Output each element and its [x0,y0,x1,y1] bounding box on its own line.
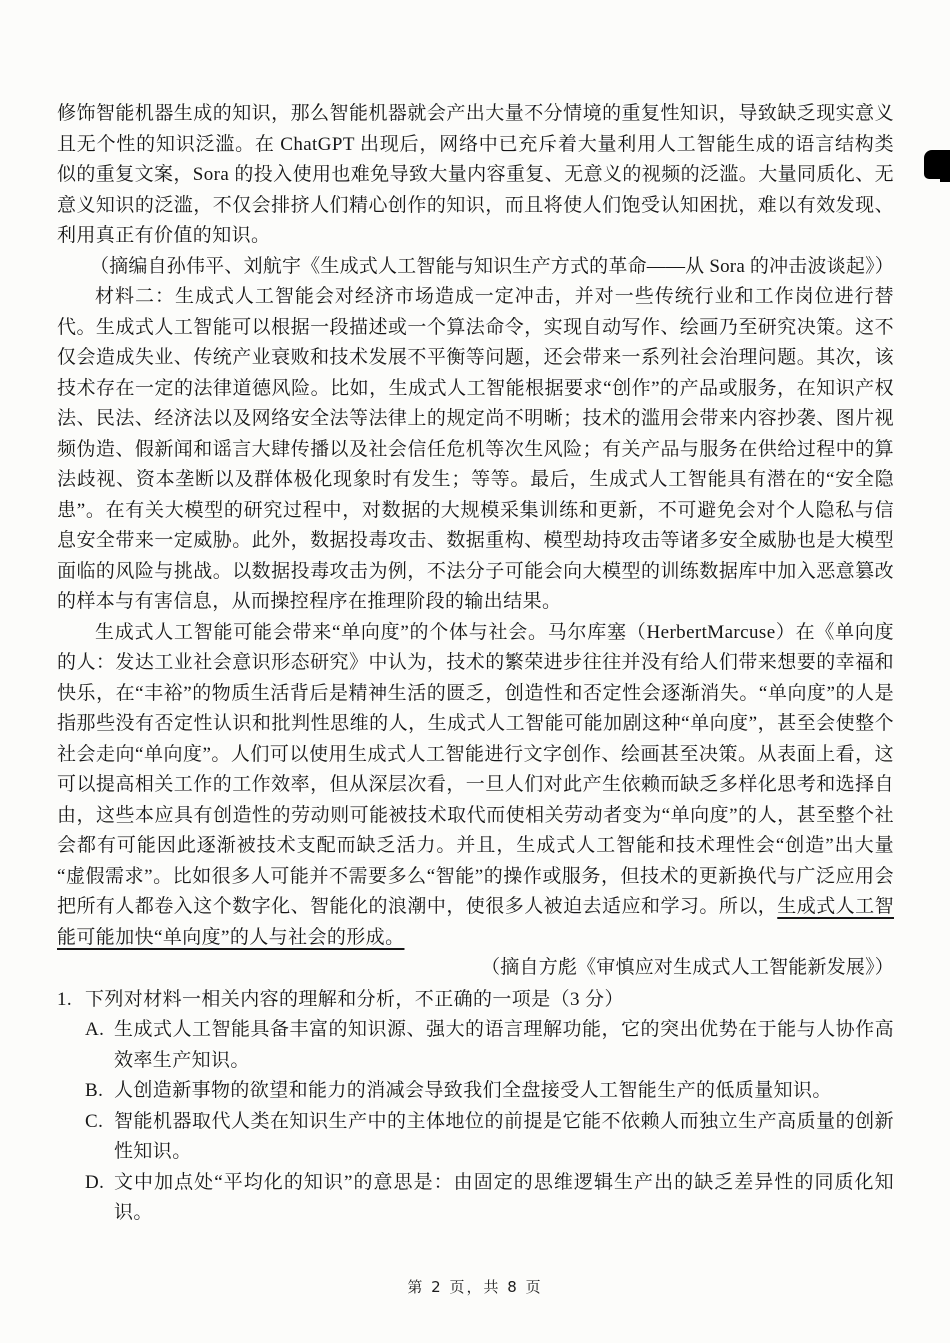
question-1-option-a: A. 生成式人工智能具备丰富的知识源、强大的语言理解功能，它的突出优势在于能与人… [85,1015,894,1076]
option-d-text: 文中加点处“平均化的知识”的意思是：由固定的思维逻辑生产出的缺乏差异性的同质化知… [114,1168,894,1229]
document-body: 修饰智能机器生成的知识，那么智能机器就会产出大量不分情境的重复性知识，导致缺乏现… [57,99,894,1229]
option-b-text: 人创造新事物的欲望和能力的消减会导致我们全盘接受人工智能生产的低质量知识。 [114,1076,894,1107]
material-two-citation: （摘自方彪《审慎应对生成式人工智能新发展》） [57,953,894,984]
page-footer: 第 2 页，共 8 页 [0,1276,950,1297]
option-a-text: 生成式人工智能具备丰富的知识源、强大的语言理解功能，它的突出优势在于能与人协作高… [114,1015,894,1076]
question-1-option-d: D. 文中加点处“平均化的知识”的意思是：由固定的思维逻辑生产出的缺乏差异性的同… [85,1168,894,1229]
scan-binding-mark [924,150,950,179]
material-two-paragraph-1: 材料二：生成式人工智能会对经济市场造成一定冲击，并对一些传统行业和工作岗位进行替… [57,282,894,618]
exam-paper-page: 修饰智能机器生成的知识，那么智能机器就会产出大量不分情境的重复性知识，导致缺乏现… [0,0,950,1343]
option-d-label: D. [85,1168,114,1229]
option-c-text: 智能机器取代人类在知识生产中的主体地位的前提是它能不依赖人而独立生产高质量的创新… [114,1107,894,1168]
option-c-label: C. [85,1107,114,1168]
material-one-citation: （摘编自孙伟平、刘航宇《生成式人工智能与知识生产方式的革命——从 Sora 的冲… [57,252,894,283]
material-one-body-text: 修饰智能机器生成的知识，那么智能机器就会产出大量不分情境的重复性知识，导致缺乏现… [57,99,894,252]
material-two-paragraph-2: 生成式人工智能可能会带来“单向度”的个体与社会。马尔库塞（HerbertMarc… [57,618,894,954]
question-1-number: 1. [57,985,85,1016]
question-1-option-b: B. 人创造新事物的欲望和能力的消减会导致我们全盘接受人工智能生产的低质量知识。 [85,1076,894,1107]
question-1-option-c: C. 智能机器取代人类在知识生产中的主体地位的前提是它能不依赖人而独立生产高质量… [85,1107,894,1168]
question-1-text: 下列对材料一相关内容的理解和分析，不正确的一项是（3 分） [85,985,894,1016]
question-1-stem: 1. 下列对材料一相关内容的理解和分析，不正确的一项是（3 分） [57,985,894,1016]
option-b-label: B. [85,1076,114,1107]
question-1: 1. 下列对材料一相关内容的理解和分析，不正确的一项是（3 分） A. 生成式人… [57,985,894,1229]
page-number-text: 第 2 页，共 8 页 [407,1278,542,1296]
option-a-label: A. [85,1015,114,1076]
material-two-paragraph-2-text: 生成式人工智能可能会带来“单向度”的个体与社会。马尔库塞（HerbertMarc… [57,622,894,918]
